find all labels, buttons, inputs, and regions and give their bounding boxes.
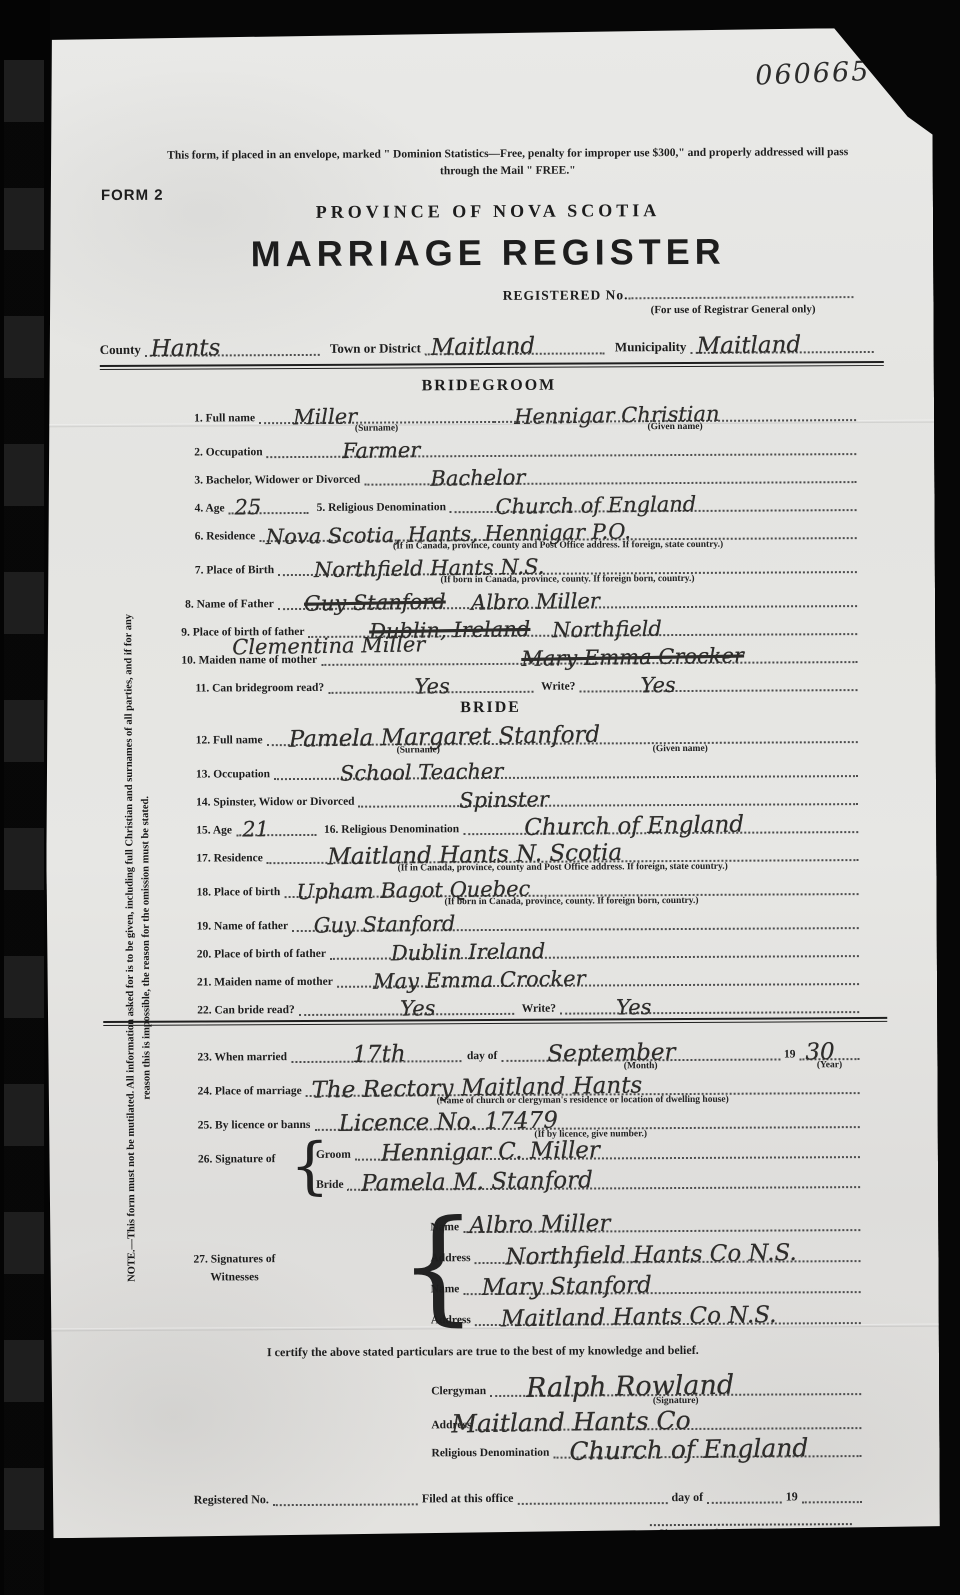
bride-sig-label: Bride <box>316 1178 348 1191</box>
groom-residence-row: 6. Residence Nova Scotia, Hants, Henniga… <box>45 511 935 544</box>
groom-literacy-row: 11. Can bridegroom read? Yes Write? Yes <box>45 663 935 696</box>
witness2-address-line: Maitland Hants Co N.S. <box>475 1322 861 1326</box>
groom-write-label: Write? <box>533 680 579 693</box>
filed-line <box>518 1502 668 1505</box>
bride-birthplace-label: 18. Place of birth <box>197 886 285 899</box>
bride-residence-line: Maitland Hants N. Scotia (If in Canada, … <box>267 859 859 864</box>
year-line: 30 (Year) <box>799 1058 859 1060</box>
town-label: Town or District <box>320 341 425 356</box>
bride-write-line: Yes <box>560 1011 859 1015</box>
groom-residence-label: 6. Residence <box>195 530 260 543</box>
bride-read-line: Yes <box>299 1013 514 1016</box>
clergyman-religion-line: Church of England <box>553 1455 861 1459</box>
when-married-label: 23. When married <box>197 1051 291 1064</box>
clergyman-religion: Church of England <box>569 1435 808 1464</box>
municipality-value: Maitland <box>696 334 801 359</box>
bride-write-value: Yes <box>616 997 652 1019</box>
groom-write-value: Yes <box>640 675 676 697</box>
groom-signature-row: Groom Hennigar C. Miller <box>48 1128 938 1163</box>
bride-read-value: Yes <box>400 998 436 1020</box>
bride-age-label: 15. Age <box>196 824 236 837</box>
clergyman-row: Clergyman Ralph Rowland (Signature) <box>49 1367 939 1400</box>
county-label: County <box>100 343 145 358</box>
bride-birthplace-line: Upham Bagot Quebec (If born in Canada, p… <box>284 893 858 898</box>
certification-statement: I certify the above stated particulars a… <box>267 1342 859 1360</box>
section-divider <box>103 1017 887 1026</box>
bride-sig-line: Pamela M. Stanford <box>348 1186 861 1191</box>
bride-read-label: 22. Can bride read? <box>197 1004 299 1017</box>
town-line: Maitland <box>425 353 605 356</box>
bride-residence-label: 17. Residence <box>196 852 267 865</box>
groom-birthplace-row: 7. Place of Birth Northfield Hants N.S. … <box>45 545 935 578</box>
registered-no-blank <box>628 296 853 299</box>
signature-of-group: 26. Signature of { Groom Hennigar C. Mil… <box>48 1128 938 1197</box>
place-of-marriage-label: 24. Place of marriage <box>198 1085 306 1098</box>
groom-mother-over-value: Clementina Miller <box>232 635 425 659</box>
footer-registered-line <box>273 1504 418 1507</box>
bride-father-birth-label: 20. Place of birth of father <box>197 948 330 961</box>
province-heading: PROVINCE OF NOVA SCOTIA <box>43 199 933 225</box>
groom-status-label: 3. Bachelor, Widower or Divorced <box>194 473 364 487</box>
witness1-address-label: Address <box>430 1252 474 1265</box>
registered-no-label: REGISTERED No. <box>503 288 629 304</box>
groom-age-label: 4. Age <box>195 502 229 515</box>
groom-write-line: Yes <box>579 689 857 692</box>
bride-father-label: 19. Name of father <box>197 920 292 933</box>
groom-father-label: 8. Name of Father <box>185 598 278 611</box>
county-line: Hants <box>145 354 320 357</box>
groom-birthplace-label: 7. Place of Birth <box>195 564 278 577</box>
month-line: September (Month) <box>501 1059 780 1062</box>
bride-write-label: Write? <box>514 1002 560 1015</box>
bride-religion-label: 16. Religious Denomination <box>316 823 463 836</box>
issuer-caption: Signature of Issuer of Marriage Licence. <box>50 1527 852 1543</box>
groom-sig-label: Groom <box>316 1148 355 1161</box>
groom-read-line: Yes <box>328 691 533 694</box>
bride-mother-label: 21. Maiden name of mother <box>197 976 337 989</box>
day-value: 17th <box>352 1044 406 1068</box>
groom-occupation-label: 2. Occupation <box>194 446 266 459</box>
municipality-line: Maitland <box>690 351 873 354</box>
bride-status-label: 14. Spinster, Widow or Divorced <box>196 795 359 808</box>
registered-no-block: REGISTERED No. (For use of Registrar Gen… <box>43 286 853 319</box>
footer-registered-label: Registered No. <box>194 1493 273 1507</box>
clergyman-label: Clergyman <box>431 1385 490 1398</box>
day-line: 17th <box>291 1061 461 1064</box>
clergyman-line: Ralph Rowland (Signature) <box>490 1393 861 1397</box>
bride-fullname-row: 12. Full name Pamela Margaret Stanford (… <box>46 715 936 748</box>
witness1-name-label: Name <box>430 1221 463 1234</box>
mail-notice: This form, if placed in an envelope, mar… <box>153 144 863 181</box>
witness2-address-label: Address <box>431 1314 475 1327</box>
municipality-label: Municipality <box>605 340 691 355</box>
footer-day-line <box>707 1502 782 1504</box>
place-of-marriage-line: The Rectory Maitland Hants (Name of chur… <box>306 1092 860 1097</box>
groom-fullname-row: 1. Full name Miller (Surname) Hennigar C… <box>44 393 934 426</box>
footer-day-of-label: day of <box>667 1491 707 1504</box>
town-value: Maitland <box>431 336 536 361</box>
groom-birthplace-line: Northfield Hants N.S. (If born in Canada… <box>278 571 857 576</box>
bride-birthplace-row: 18. Place of birth Upham Bagot Quebec (I… <box>46 867 936 900</box>
location-row: County Hants Town or District Maitland M… <box>44 325 934 358</box>
bride-fullname-line: Pamela Margaret Stanford (Surname) (Give… <box>267 741 858 746</box>
bride-signature-row: Bride Pamela M. Stanford <box>48 1158 938 1193</box>
clergyman-religion-row: Religious Denomination Church of England <box>49 1429 939 1462</box>
witness2-address-row: Address Maitland Hants Co N.S. <box>49 1293 939 1329</box>
handwritten-film-number: 060665 <box>755 56 871 92</box>
footer-year-line <box>802 1501 862 1503</box>
witness2-address: Maitland Hants Co N.S. <box>501 1304 777 1331</box>
issuer-signature-line <box>650 1523 852 1526</box>
see-other-side-note: [SEE OTHER SIDE] <box>200 1559 940 1573</box>
witness2-name-label: Name <box>431 1283 464 1296</box>
bride-signature: Pamela M. Stanford <box>361 1170 593 1197</box>
bride-literacy-row: 22. Can bride read? Yes Write? Yes <box>47 985 937 1018</box>
groom-fullname-label: 1. Full name <box>194 412 259 425</box>
witness2-name-row: Name Mary Stanford <box>49 1262 939 1298</box>
groom-givenname-line: Hennigar Christian (Given name) <box>494 419 856 423</box>
witness1-name-row: Name Albro Miller <box>48 1200 938 1236</box>
bride-residence-row: 17. Residence Maitland Hants N. Scotia (… <box>46 833 936 866</box>
bride-fullname-label: 12. Full name <box>196 734 267 747</box>
filing-row: Registered No. Filed at this office day … <box>50 1475 940 1508</box>
footer-year-prefix: 19 <box>782 1491 802 1504</box>
clergyman-religion-label: Religious Denomination <box>431 1446 553 1459</box>
day-of-label: day of <box>461 1050 501 1063</box>
microfilm-sprocket-blocks <box>4 60 44 1595</box>
groom-religion-label: 5. Religious Denomination <box>309 501 450 514</box>
form-number-label: FORM 2 <box>101 187 164 204</box>
witnesses-group: 27. Signatures of Witnesses { Name Albro… <box>48 1200 939 1331</box>
section-divider <box>100 361 884 370</box>
witness1-address-row: Address Northfield Hants Co N.S. <box>48 1231 938 1267</box>
filed-label: Filed at this office <box>418 1492 518 1506</box>
document-title: MARRIAGE REGISTER <box>43 230 933 277</box>
groom-residence-line: Nova Scotia, Hants, Hennigar P.O. (If in… <box>259 537 856 542</box>
place-of-marriage-row: 24. Place of marriage The Rectory Maitla… <box>48 1066 938 1099</box>
marriage-register-document: 060665 NOTE.—This form must not be mutil… <box>42 28 940 1539</box>
groom-surname-line: Miller (Surname) <box>259 421 494 424</box>
groom-read-value: Yes <box>414 676 450 698</box>
county-value: Hants <box>151 337 221 361</box>
bride-occupation-label: 13. Occupation <box>196 768 274 781</box>
when-married-row: 23. When married 17th day of September (… <box>47 1032 937 1065</box>
groom-read-label: 11. Can bridegroom read? <box>195 682 328 695</box>
year-prefix: 19 <box>780 1048 800 1061</box>
microfilm-edge <box>0 0 50 1595</box>
